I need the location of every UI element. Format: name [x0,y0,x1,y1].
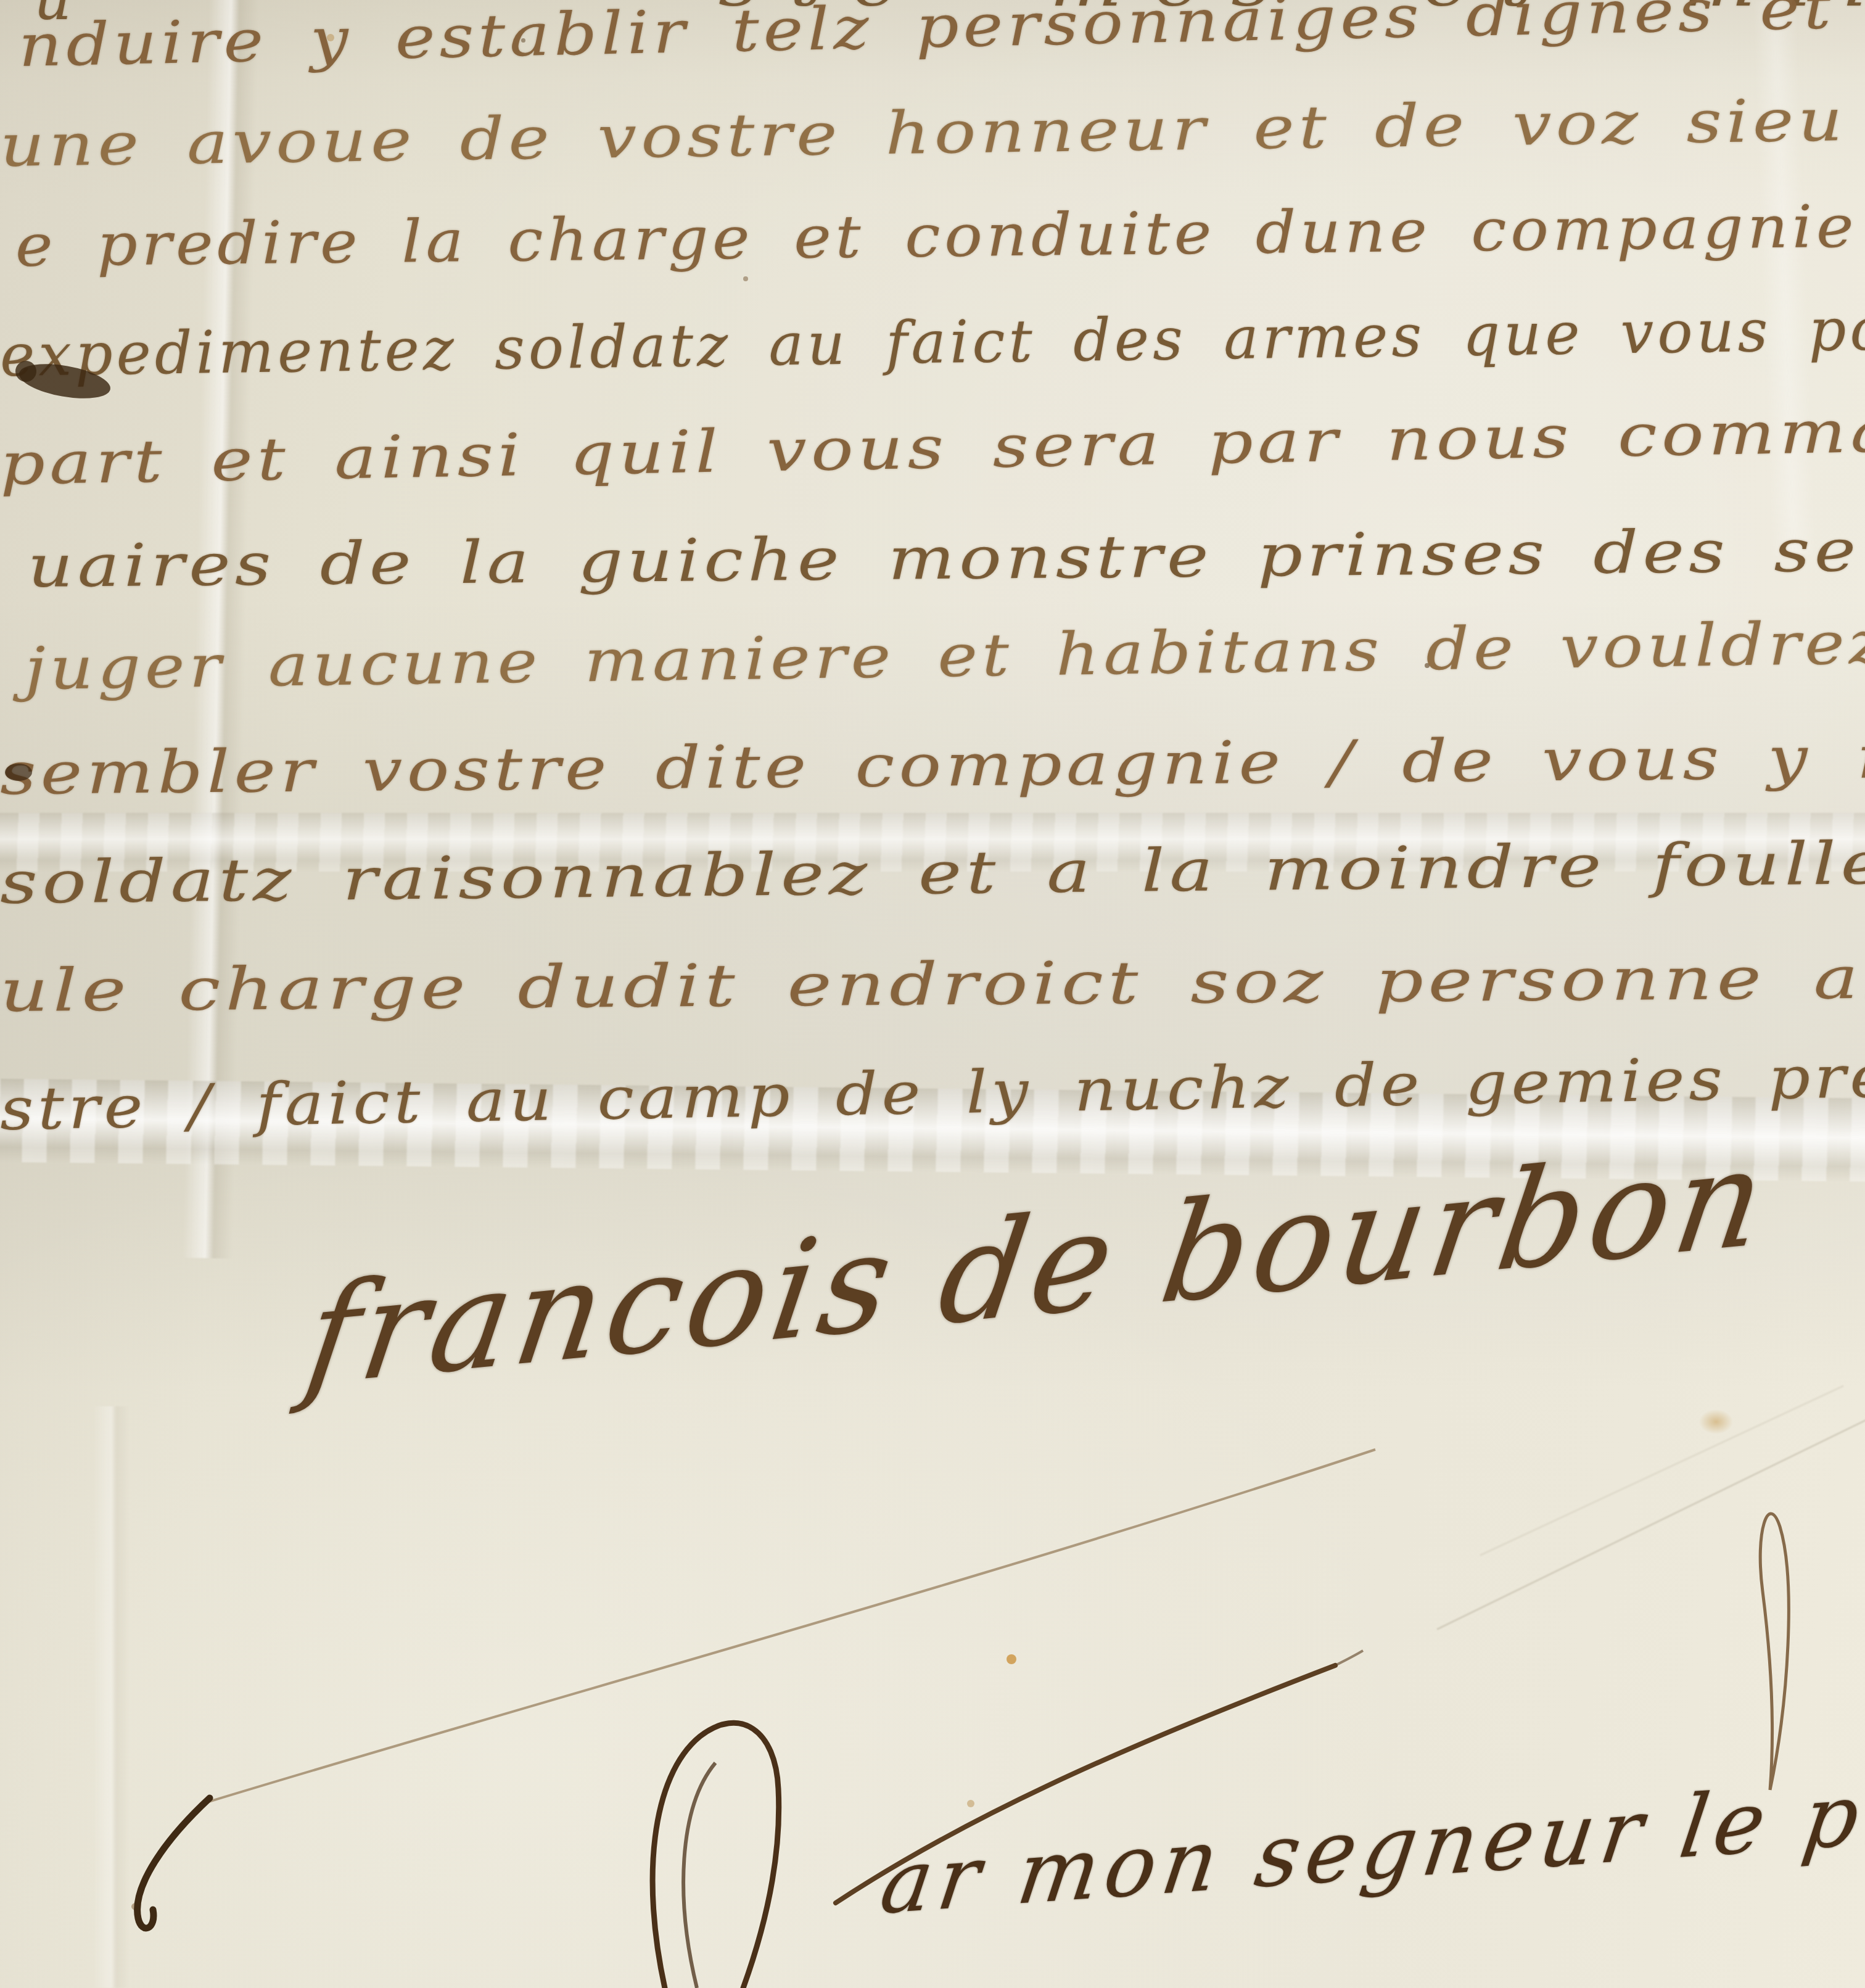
ink-blot-left-margin-small [15,361,36,382]
paraph-hook [138,1798,210,1928]
countersign-upstroke [836,1665,1335,1903]
ink-blot-line-start [5,764,32,781]
signature-paraph-line [207,1450,1375,1802]
countersign-initial-p-flourish [653,1723,779,1988]
ink-flourishes [0,0,1865,1988]
manuscript-photo: u ste mes et mil nduire y establir telz … [0,0,1865,1988]
countersign-upstroke-tip [1335,1651,1363,1665]
flourish-loop-right [1760,1514,1789,1790]
countersign-initial-p-inner [683,1763,715,1988]
